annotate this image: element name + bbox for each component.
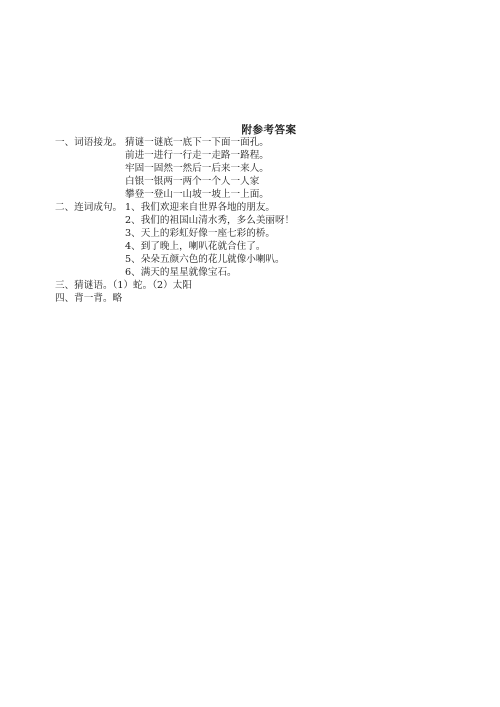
section-4: 四、背一背。略 — [55, 293, 122, 305]
section-1-line-1: 猜谜一谜底一底下一下面一面孔。 — [125, 137, 269, 149]
section-1-line-5: 攀登一登山一山坡一坡上一上面。 — [125, 189, 269, 201]
section-2-line-1: 1、我们欢迎来自世界各地的朋友。 — [125, 202, 275, 214]
section-4-label: 四、背一背。 — [55, 293, 113, 304]
section-2-line-4: 4、到了晚上，喇叭花就合住了。 — [125, 241, 265, 253]
section-1-line-2: 前进一进行一行走一走路一路程。 — [125, 150, 269, 162]
section-3-label: 三、猜谜语。 — [55, 280, 113, 291]
document-page: 附参考答案 一、词语接龙。 猜谜一谜底一底下一下面一面孔。 前进一进行一行走一走… — [0, 0, 500, 707]
page-title: 附参考答案 — [0, 122, 500, 137]
section-1-label: 一、词语接龙。 — [55, 137, 122, 149]
section-2-line-3: 3、天上的彩虹好像一座七彩的桥。 — [125, 228, 275, 240]
section-1-line-4: 白银一银两一两个一个人一人家 — [125, 176, 259, 188]
section-3: 三、猜谜语。（1）蛇。（2）太阳 — [55, 280, 192, 292]
section-2-line-6: 6、满天的星星就像宝石。 — [125, 267, 237, 279]
section-3-answer: （1）蛇。（2）太阳 — [113, 280, 192, 291]
section-4-answer: 略 — [113, 293, 123, 304]
section-2-label: 二、连词成句。 — [55, 202, 122, 214]
section-1-line-3: 牢固一固然一然后一后来一来人。 — [125, 163, 269, 175]
section-2-line-5: 5、朵朵五颜六色的花儿就像小喇叭。 — [125, 254, 285, 266]
section-2-line-2: 2、我们的祖国山清水秀，多么美丽呀！ — [125, 215, 294, 227]
